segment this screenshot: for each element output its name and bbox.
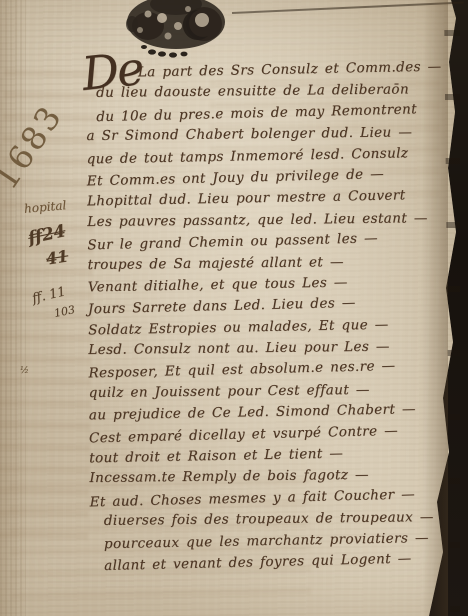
margin-folio-41: 41	[45, 246, 70, 268]
manuscript-photo: De La part des Srs Consulz et Comm.des —…	[0, 0, 468, 616]
margin-mark-half: ½	[20, 366, 29, 376]
manuscript-text-block: La part des Srs Consulz et Comm.des — du…	[86, 58, 446, 574]
